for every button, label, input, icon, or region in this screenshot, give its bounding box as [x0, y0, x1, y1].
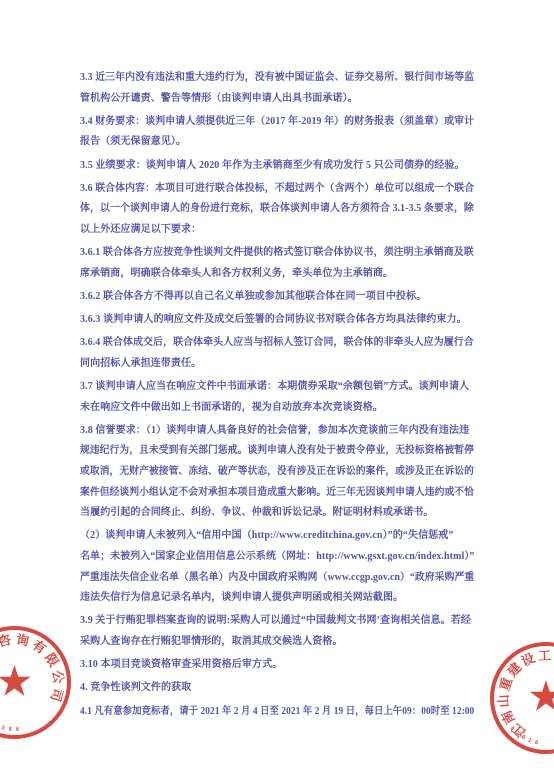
seal-ring-char: 有: [29, 637, 48, 656]
text-line: 体，以一个谈判申请人的身份进行竞标，联合体谈判申请人各方须符合 3.1-3.5 …: [80, 199, 470, 220]
seal-ring-char: 司: [47, 686, 64, 703]
seal-ring-char: 公: [49, 669, 65, 685]
text-line: 3.6.2 联合体各方不得再以自己名义单独或参加其他联合体在同一项目中投标。: [80, 287, 474, 308]
text-line: 3.6.1 联合体各方应按竞争性谈判文件提供的格式签订联合体协议书，须注明主承销…: [80, 243, 471, 264]
text-line: （2）谈判申请人未被列入“信用中国（http://www.creditchina…: [80, 526, 474, 547]
seal-ring-char: 咨: [0, 632, 13, 649]
text-line: 同向招标人承担连带责任。: [80, 354, 474, 375]
text-line: 当履约引起的合同终止、纠纷、争议、仲裁和诉讼记录。附证明材料或承诺书。: [80, 503, 474, 524]
text-line: 案件但经谈判小组认定不会对承担本项目造成重大影响。近三年无因谈判申请人违约或不恰: [80, 483, 464, 504]
star-icon: ★: [527, 675, 554, 717]
text-line: 4. 竞争性谈判文件的获取: [80, 678, 474, 699]
seal-serial-digit: 6: [14, 726, 20, 732]
text-line: 3.10 本项目竞谈资格审查采用资格后审方式。: [80, 655, 474, 676]
text-line: 违法失信行为信息记录名单内，谈判申请人提供声明函或相关网站截图。: [80, 588, 474, 609]
text-line: 管机构公开谴责、警告等情形（由谈判申请人出具书面承诺）。: [80, 89, 474, 110]
text-line: 严重违法失信企业名单（黑名单）内及中国政府采购网（www.ccgp.gov.cn…: [80, 568, 466, 589]
text-line: 3.4 财务要求：谈判申请人须提供近三年（2017 年-2019 年）的财务报表…: [80, 112, 470, 133]
seal-serial-digit: 3: [0, 724, 6, 731]
star-icon: ★: [0, 660, 33, 702]
text-line: 采购人查询存在行贿犯罪情形的，取消其成交候选人资格。: [80, 632, 474, 653]
document-text-block: 3.3 近三年内没有违法和重大违约行为，没有被中国证监会、证券交易所、银行间市场…: [80, 68, 474, 722]
text-line: 3.6 联合体内容：本项目可进行联合体投标，不超过两个（含两个）单位可以组成一个…: [80, 179, 469, 200]
text-line: 名单；未被列入“国家企业信用信息公示系统（网址：http://www.gsxt.…: [80, 547, 472, 568]
text-line: 或取消，无财产被接管、冻结、破产等状态，没有涉及正在诉讼的案件，或涉及正在诉讼的: [80, 462, 464, 483]
right-company-seal: ★ 江南山重建设工程82010: [490, 642, 554, 754]
left-company-seal: ★ 招标咨询有限公司25386: [0, 626, 71, 739]
text-line: 4.1 凡有意参加竞标者，请于 2021 年 2 月 4 日至 2021 年 2…: [80, 702, 448, 723]
text-line: 3.7 谈判申请人应当在响应文件中书面承诺：本期债券采取“余额包销”方式。谈判申…: [80, 377, 474, 398]
text-line: 未在响应文件中做出如上书面承诺的，视为自动放弃本次竞谈资格。: [80, 398, 474, 419]
scanned-document-page: 3.3 近三年内没有违法和重大违约行为，没有被中国证监会、证券交易所、银行间市场…: [0, 0, 554, 783]
seal-ring-char: 工: [537, 649, 551, 663]
seal-ring-char: 限: [41, 650, 60, 669]
text-line: 3.9 关于行贿犯罪档案查询的说明:采购人可以通过“中国裁判文书网’查询相关信息…: [80, 611, 474, 632]
text-line: 3.5 业绩要求：谈判申请人 2020 年作为主承销商至少有成功发行 5 只公司…: [80, 156, 474, 177]
seal-serial-digit: 8: [6, 726, 13, 733]
text-line: 报告（须无保留意见）。: [80, 132, 474, 153]
seal-ring-char: 询: [14, 632, 30, 648]
text-line: 3.8 信誉要求：（1）谈判申请人具备良好的社会信誉，参加本次竞谈前三年内没有违…: [80, 421, 474, 442]
text-line: 3.6.4 联合体成交后，联合体牵头人应当与招标人签订合同，联合体的非牵头人应为…: [80, 333, 471, 354]
text-line: 3.3 近三年内没有违法和重大违约行为，没有被中国证监会、证券交易所、银行间市场…: [80, 68, 469, 89]
text-line: 以上外还应满足以下要求：: [80, 220, 474, 241]
seal-serial-digit: 0: [533, 739, 540, 746]
text-line: 席承销商，明确联合体牵头人和各方权利义务，牵头单位为主承销商。: [80, 264, 474, 285]
text-line: 3.6.3 谈判申请人的响应文件及成交后签署的合同协议书对联合体各方均具法律约束…: [80, 310, 474, 331]
text-line: 规违纪行为，且未受到有关部门惩戒。谈判申请人没有处于被责令停业，无投标资格被暂停: [80, 441, 464, 462]
seal-ring-char: 山: [497, 693, 512, 708]
